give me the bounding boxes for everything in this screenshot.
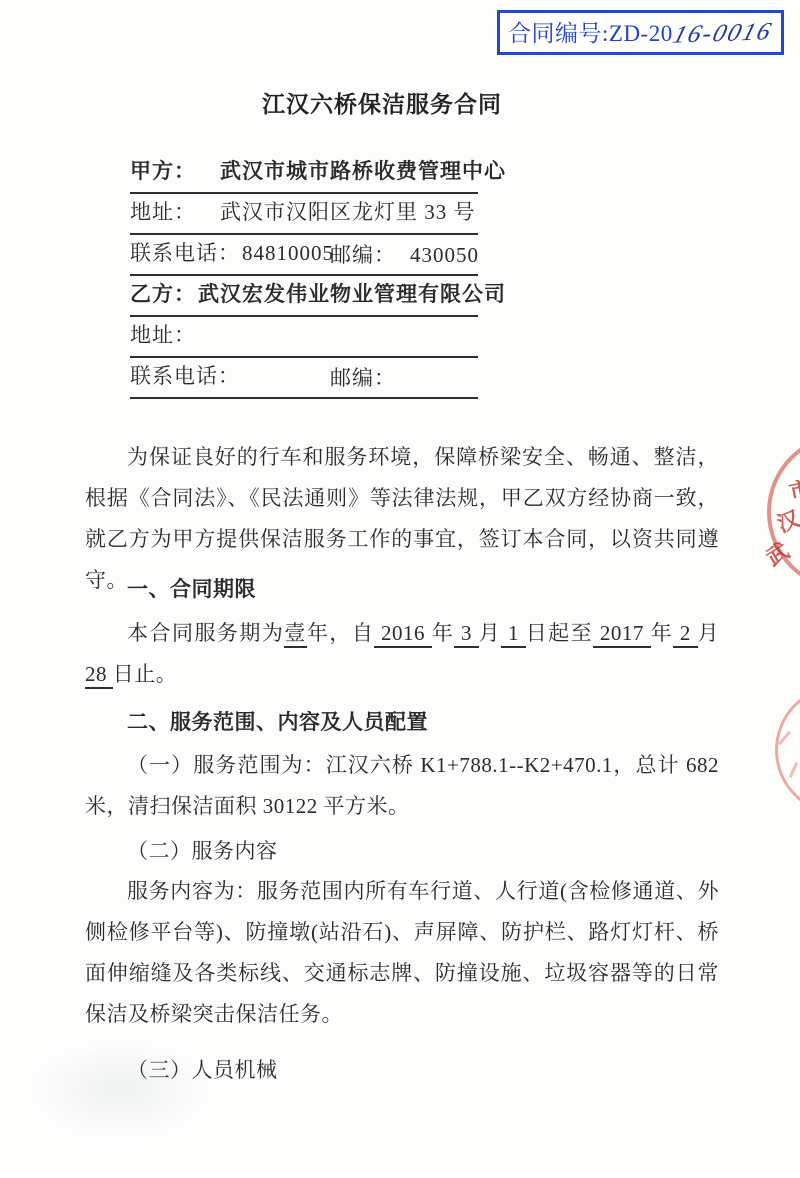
term-seg-14: 日止。 xyxy=(113,662,178,686)
party-b-name: 武汉宏发伟业物业管理有限公司 xyxy=(198,282,506,306)
party-b-label: 乙方： xyxy=(130,282,196,306)
term-seg-1: 壹 xyxy=(284,621,306,648)
term-end-month: 2 xyxy=(673,621,697,648)
party-a-phone-label: 联系电话： xyxy=(130,241,240,265)
term-start-year: 2016 xyxy=(374,621,431,648)
term-seg-4: 年 xyxy=(432,621,454,645)
party-a-row: 甲方：武汉市城市路桥收费管理中心 xyxy=(130,153,478,194)
party-a-phone-row: 联系电话：84810005 邮编：430050 xyxy=(130,235,478,276)
term-seg-10: 年 xyxy=(651,621,673,645)
party-a-postal-value: 430050 xyxy=(410,243,479,267)
party-a-label: 甲方： xyxy=(130,159,196,183)
contract-number-box: 合同编号:ZD-2016-0016 xyxy=(497,10,784,55)
term-end-year: 2017 xyxy=(593,621,650,648)
term-end-day: 28 xyxy=(85,662,113,689)
scan-smudge xyxy=(30,1040,210,1140)
party-b-postal-label: 邮编： xyxy=(330,366,396,390)
term-seg-8: 日起至 xyxy=(526,621,593,645)
party-b-postal-pair: 邮编： xyxy=(330,360,410,397)
party-a-address-label: 地址： xyxy=(130,200,196,224)
party-b-address-label: 地址： xyxy=(130,323,196,347)
party-b-phone-row: 联系电话： 邮编： xyxy=(130,358,478,399)
party-a-name: 武汉市城市路桥收费管理中心 xyxy=(220,159,506,183)
section-2-heading: 二、服务范围、内容及人员配置 xyxy=(85,702,719,743)
term-seg-12: 月 xyxy=(698,621,720,645)
service-content-paragraph: 服务内容为：服务范围内所有车行道、人行道(含检修通道、外侧检修平台等)、防撞墩(… xyxy=(85,871,719,1035)
service-content-heading: （二）服务内容 xyxy=(85,831,719,872)
party-a-address-value: 武汉市汉阳区龙灯里 33 号 xyxy=(220,200,476,224)
contract-term-paragraph: 本合同服务期为壹年，自 2016 年 3 月 1 日起至 2017 年 2 月 … xyxy=(85,613,719,695)
party-a-postal-label: 邮编： xyxy=(330,243,396,267)
party-b-phone-label: 联系电话： xyxy=(130,364,240,388)
term-seg-6: 月 xyxy=(479,621,501,645)
parties-block: 甲方：武汉市城市路桥收费管理中心 地址：武汉市汉阳区龙灯里 33 号 联系电话：… xyxy=(130,153,478,399)
party-a-address-row: 地址：武汉市汉阳区龙灯里 33 号 xyxy=(130,194,478,235)
party-a-postal-pair: 邮编：430050 xyxy=(330,237,479,274)
term-seg-2: 年，自 xyxy=(307,621,374,645)
term-start-month: 3 xyxy=(454,621,478,648)
service-scope-paragraph: （一）服务范围为：江汉六桥 K1+788.1--K2+470.1，总计 682 … xyxy=(85,745,719,827)
contract-document-page: 合同编号:ZD-2016-0016 江汉六桥保洁服务合同 甲方：武汉市城市路桥收… xyxy=(0,0,800,1178)
party-b-address-row: 地址： xyxy=(130,317,478,358)
contract-number-printed: ZD-20 xyxy=(609,21,673,46)
party-b-row: 乙方：武汉宏发伟业物业管理有限公司 xyxy=(130,276,478,317)
contract-number-label: 合同编号: xyxy=(508,21,609,46)
party-a-phone-value: 84810005 xyxy=(242,241,334,265)
document-title: 江汉六桥保洁服务合同 xyxy=(0,86,800,119)
term-seg-0: 本合同服务期为 xyxy=(127,621,284,645)
term-start-day: 1 xyxy=(501,621,525,648)
contract-number-handwritten: 16-0016 xyxy=(669,18,775,49)
round-seal-lower xyxy=(775,685,800,815)
section-1-heading: 一、合同期限 xyxy=(85,569,719,610)
